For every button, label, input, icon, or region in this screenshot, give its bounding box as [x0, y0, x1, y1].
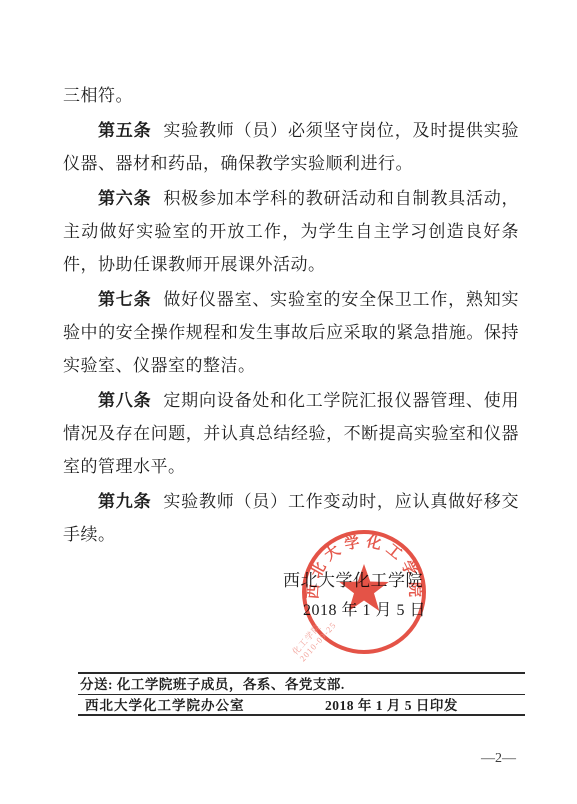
paragraph: 第六条积极参加本学科的教研活动和自制教具活动，主动做好实验室的开放工作，为学生自… — [63, 182, 519, 281]
paragraph: 三相符。 — [63, 79, 519, 112]
issue-date: 2018 年 1 月 5 日印发 — [325, 698, 458, 714]
footer-rule-middle — [78, 694, 525, 695]
paragraph: 第七条做好仪器室、实验室的安全保卫工作，熟知实验中的安全操作规程和发生事故后应采… — [63, 283, 519, 382]
distribution-line: 分送: 化工学院班子成员，各系、各党支部. — [80, 677, 345, 693]
paragraph-text: 三相符。 — [63, 86, 133, 105]
paragraph: 第五条实验教师（员）必须坚守岗位，及时提供实验仪器、器材和药品，确保教学实验顺利… — [63, 114, 519, 180]
document-page: 三相符。 第五条实验教师（员）必须坚守岗位，及时提供实验仪器、器材和药品，确保教… — [0, 0, 577, 804]
issuer-line: 西北大学化工学院办公室 — [85, 698, 245, 714]
page-number: —2— — [481, 751, 516, 767]
article-number: 第六条 — [98, 189, 151, 208]
paragraph: 第八条定期向设备处和化工学院汇报仪器管理、使用情况及存在问题，并认真总结经验，不… — [63, 384, 519, 483]
article-number: 第九条 — [98, 492, 151, 511]
document-body: 三相符。 第五条实验教师（员）必须坚守岗位，及时提供实验仪器、器材和药品，确保教… — [63, 77, 519, 551]
article-number: 第八条 — [98, 391, 151, 410]
seal-star-icon — [339, 564, 388, 611]
article-number: 第七条 — [98, 290, 151, 309]
footer-rule-bottom — [78, 714, 525, 716]
article-number: 第五条 — [98, 121, 151, 140]
footer-rule-top — [78, 672, 525, 674]
